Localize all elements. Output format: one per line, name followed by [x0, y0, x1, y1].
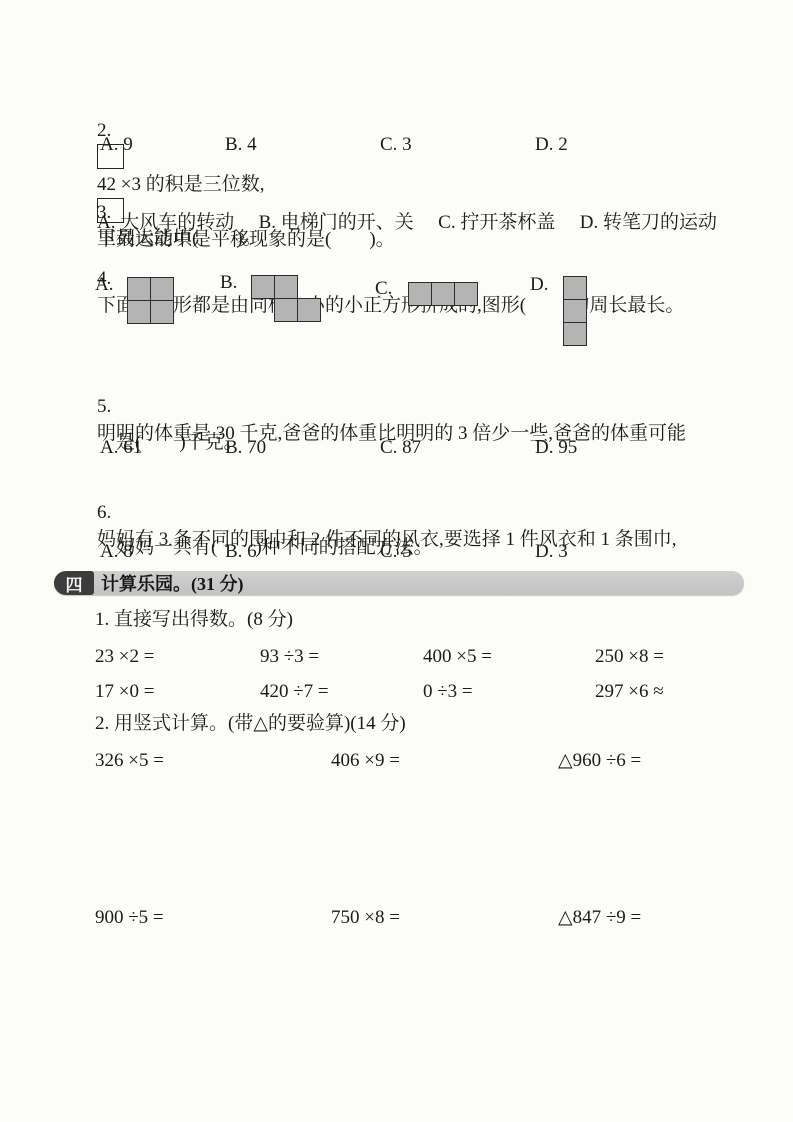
unit-square — [563, 322, 587, 346]
shape-option-c-horizontal-bar — [408, 282, 478, 306]
calc-expression: 750 ×8 = — [331, 904, 558, 931]
unit-square — [431, 282, 455, 306]
shape-d-label: D. — [530, 274, 548, 296]
section-4-header: 四 计算乐园。(31 分) — [54, 571, 744, 595]
unit-square — [274, 298, 298, 322]
calc-expression: △847 ÷9 = — [558, 904, 730, 931]
option-d: D. 95 — [535, 437, 577, 459]
direct-calc-row-1: 23 ×2 = 93 ÷3 = 400 ×5 = 250 ×8 = — [95, 643, 664, 670]
unit-square — [297, 298, 321, 322]
question-5-options: A. 61 B. 70 C. 87 D. 95 — [100, 437, 740, 464]
option-c: C. 87 — [380, 437, 421, 459]
question-6-options: A. 8 B. 6 C. 5 D. 3 — [100, 541, 740, 568]
unit-square — [150, 300, 174, 324]
calc-expression: 420 ÷7 = — [260, 678, 423, 705]
unit-square — [563, 299, 587, 323]
calc-expression: 326 ×5 = — [95, 747, 331, 774]
calc-expression: 400 ×5 = — [423, 643, 595, 670]
shape-c-label: C. — [375, 278, 392, 300]
calc-expression: △960 ÷6 = — [558, 747, 730, 774]
calc-expression: 93 ÷3 = — [260, 643, 423, 670]
option-a: A. 9 — [100, 134, 133, 156]
option-a: A. 8 — [100, 541, 133, 563]
calc-expression: 297 ×6 ≈ — [595, 678, 664, 705]
subsection-2-heading: 2. 用竖式计算。(带△的要验算)(14 分) — [95, 710, 406, 737]
calc-expression: 250 ×8 = — [595, 643, 664, 670]
unit-square — [150, 277, 174, 301]
calc-expression: 23 ×2 = — [95, 643, 260, 670]
option-a: A. 大风车的转动 — [97, 207, 234, 234]
test-paper-page: 2. 42 ×3 的积是三位数, 里最大能填( )。 A. 9 B. 4 C. … — [0, 0, 793, 1122]
shape-option-d-vertical-bar — [563, 276, 587, 346]
question-2-options: A. 9 B. 4 C. 3 D. 2 — [100, 134, 740, 161]
calc-expression: 0 ÷3 = — [423, 678, 595, 705]
shape-option-a-2x2-square — [127, 277, 174, 324]
unit-square — [127, 300, 151, 324]
vertical-calc-row-1: 326 ×5 = 406 ×9 = △960 ÷6 = — [95, 747, 730, 774]
section-4-badge: 四 — [54, 571, 94, 595]
vertical-calc-row-2: 900 ÷5 = 750 ×8 = △847 ÷9 = — [95, 904, 730, 931]
option-b: B. 70 — [225, 437, 266, 459]
unit-square — [563, 276, 587, 300]
calc-expression: 17 ×0 = — [95, 678, 260, 705]
question-4-figure-row: A. B. C. D. — [0, 270, 793, 370]
unit-square — [251, 275, 275, 299]
option-d: D. 3 — [535, 541, 568, 563]
unit-square — [127, 277, 151, 301]
shape-a-label: A. — [95, 274, 113, 296]
option-c: C. 5 — [380, 541, 412, 563]
question-3-options: A. 大风车的转动 B. 电梯门的开、关 C. 拧开茶杯盖 D. 转笔刀的运动 — [97, 207, 717, 234]
subsection-1-heading: 1. 直接写出得数。(8 分) — [95, 606, 293, 633]
unit-square — [408, 282, 432, 306]
calc-expression: 900 ÷5 = — [95, 904, 331, 931]
option-d: D. 2 — [535, 134, 568, 156]
section-4-title: 计算乐园。(31 分) — [101, 570, 244, 596]
option-c: C. 3 — [380, 134, 412, 156]
option-b: B. 4 — [225, 134, 257, 156]
unit-square — [454, 282, 478, 306]
calc-expression: 406 ×9 = — [331, 747, 558, 774]
option-b: B. 电梯门的开、关 — [259, 207, 414, 234]
shape-b-label: B. — [220, 272, 237, 294]
option-a: A. 61 — [100, 437, 142, 459]
option-b: B. 6 — [225, 541, 257, 563]
unit-square — [274, 275, 298, 299]
option-c: C. 拧开茶杯盖 — [438, 207, 555, 234]
option-d: D. 转笔刀的运动 — [580, 207, 717, 234]
direct-calc-row-2: 17 ×0 = 420 ÷7 = 0 ÷3 = 297 ×6 ≈ — [95, 678, 664, 705]
shape-option-b-z-tetromino — [251, 275, 321, 322]
